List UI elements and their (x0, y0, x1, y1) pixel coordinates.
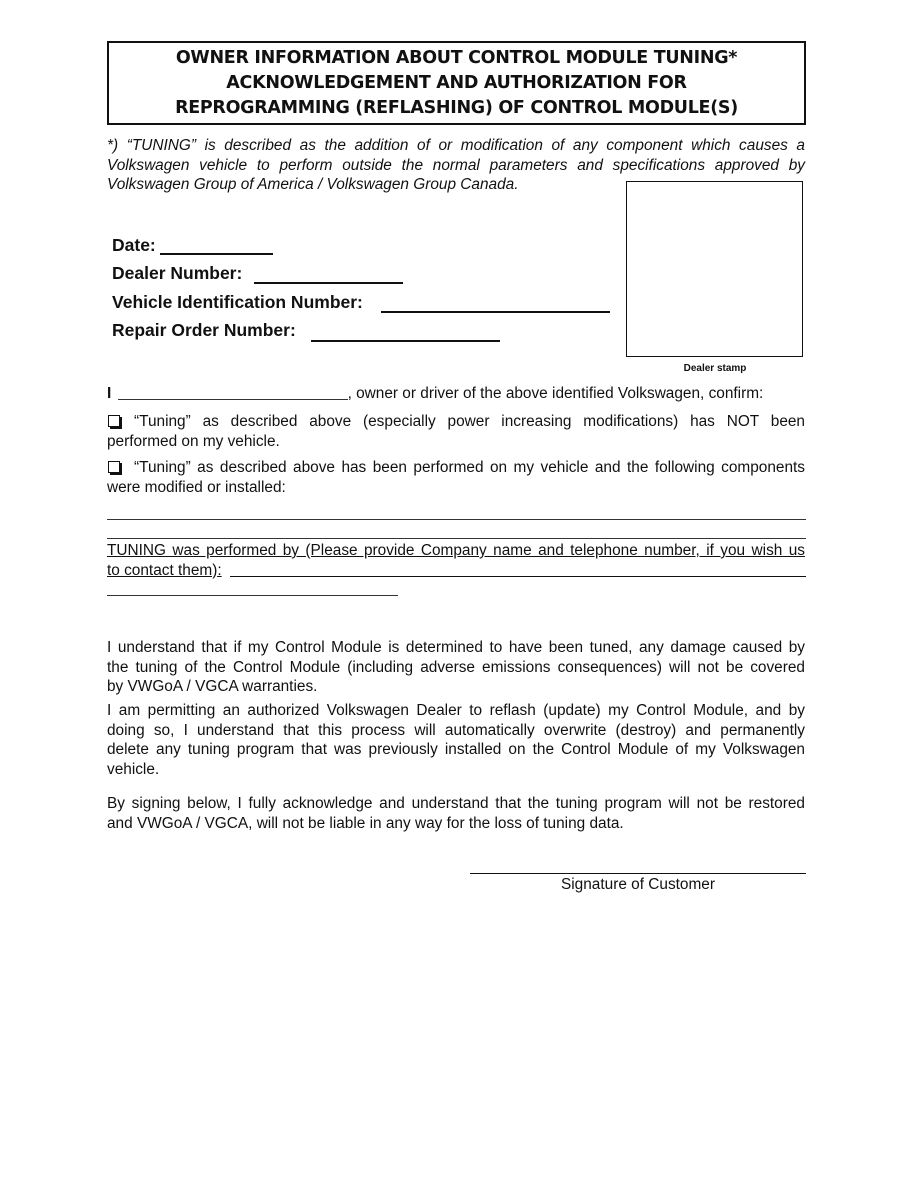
option-not-tuned-line-2: performed on my vehicle. (107, 432, 805, 452)
tuned-checkbox[interactable] (108, 461, 120, 473)
vin-field[interactable] (381, 311, 610, 313)
form-title-line-2: ACKNOWLEDGEMENT AND AUTHORIZATION FOR (109, 73, 804, 93)
signature-label: Signature of Customer (470, 876, 806, 894)
repair-order-label: Repair Order Number: (112, 320, 296, 341)
date-field-label: Date: (112, 235, 156, 256)
reflash-line-2: doing so, I understand that this process… (107, 721, 805, 741)
dealer-number-label: Dealer Number: (112, 263, 242, 284)
form-title-line-3: REPROGRAMMING (REFLASHING) OF CONTROL MO… (109, 98, 804, 118)
vin-label: Vehicle Identification Number: (112, 292, 363, 313)
owner-confirm-suffix: , owner or driver of the above identifie… (348, 385, 764, 402)
tuner-field-line-2[interactable] (107, 595, 398, 596)
reflash-line-4: vehicle. (107, 760, 805, 780)
components-field-line-1[interactable] (107, 519, 806, 520)
signature-field[interactable] (470, 873, 806, 874)
tuner-field-line-1[interactable] (230, 576, 806, 577)
reflash-line-3: delete any tuning program that was previ… (107, 740, 805, 760)
dealer-stamp-box[interactable] (626, 181, 803, 357)
tuner-info-prompt: TUNING was performed by (Please provide … (107, 541, 805, 580)
option-tuned-line-1: “Tuning” as described above has been per… (134, 459, 805, 476)
option-not-tuned-line-1: “Tuning” as described above (especially … (134, 413, 805, 430)
form-title-box: OWNER INFORMATION ABOUT CONTROL MODULE T… (107, 41, 806, 125)
form-title-line-1: OWNER INFORMATION ABOUT CONTROL MODULE T… (109, 48, 804, 68)
note-line-2: Volkswagen vehicle to perform outside th… (107, 156, 805, 176)
owner-name-field[interactable] (118, 385, 348, 400)
warranty-line-2: the tuning of the Control Module (includ… (107, 658, 805, 678)
acknowledgement-line-1: By signing below, I fully acknowledge an… (107, 794, 805, 814)
option-tuned: “Tuning” as described above has been per… (107, 458, 805, 497)
components-field-line-2[interactable] (107, 538, 806, 539)
acknowledgement-line-2: and VWGoA / VGCA, will not be liable in … (107, 814, 805, 834)
warranty-line-3: by VWGoA / VGCA warranties. (107, 677, 805, 697)
date-field[interactable] (160, 253, 273, 255)
reflash-permission-paragraph: I am permitting an authorized Volkswagen… (107, 701, 805, 779)
warranty-line-1: I understand that if my Control Module i… (107, 638, 805, 658)
acknowledgement-paragraph: By signing below, I fully acknowledge an… (107, 794, 805, 833)
dealer-number-field[interactable] (254, 282, 403, 284)
option-tuned-line-2: were modified or installed: (107, 478, 805, 498)
reflash-line-1: I am permitting an authorized Volkswagen… (107, 701, 805, 721)
owner-confirm-line: I , owner or driver of the above identif… (107, 384, 805, 404)
owner-confirm-prefix: I (107, 385, 111, 402)
warranty-paragraph: I understand that if my Control Module i… (107, 638, 805, 697)
note-line-1: *) “TUNING” is described as the addition… (107, 136, 805, 156)
tuner-info-line-2: to contact them): (107, 561, 805, 581)
dealer-stamp-label: Dealer stamp (626, 363, 804, 374)
not-tuned-checkbox[interactable] (108, 415, 120, 427)
repair-order-field[interactable] (311, 340, 500, 342)
option-not-tuned: “Tuning” as described above (especially … (107, 412, 805, 451)
tuner-info-line-1: TUNING was performed by (Please provide … (107, 541, 805, 561)
